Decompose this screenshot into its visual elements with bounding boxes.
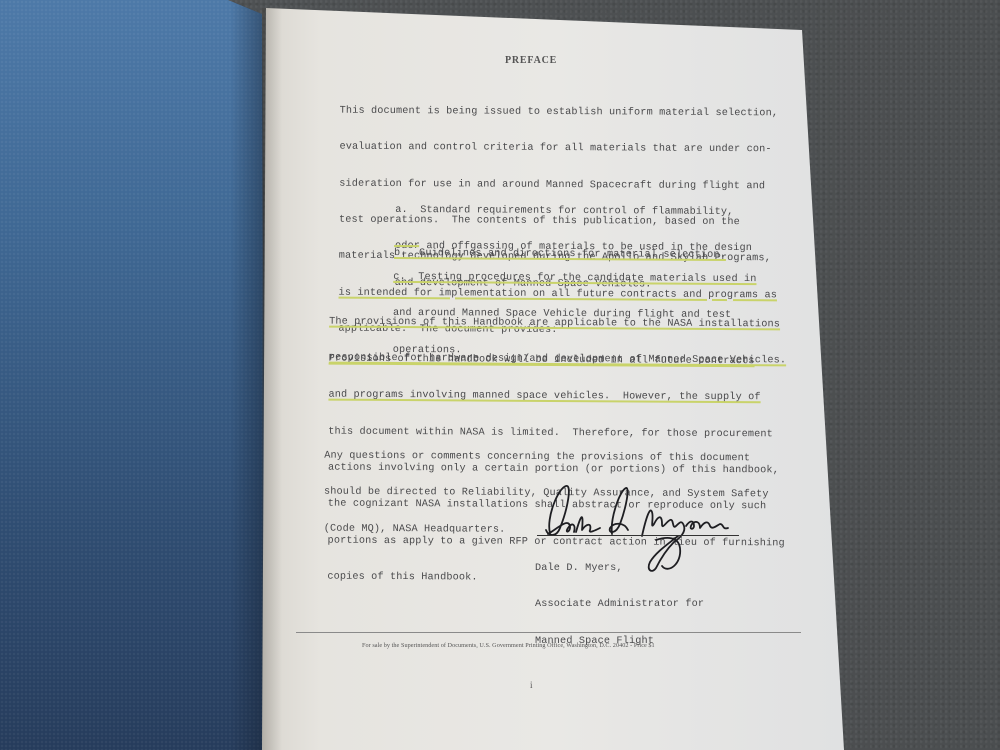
intro-line: This document is being issued to establi… — [340, 106, 779, 121]
signer-name: Dale D. Myers, — [535, 563, 704, 575]
signature-line — [537, 535, 739, 536]
list-item-line: a. Standard requirements for control of … — [395, 205, 752, 219]
questions-line: Any questions or comments concerning the… — [324, 451, 769, 466]
page-number: i — [530, 679, 533, 691]
handbook-line: and programs involving manned space vehi… — [328, 390, 785, 405]
handbook-line: Provisions of this handbook will be incl… — [329, 354, 786, 369]
footer-sale-note: For sale by the Superintendent of Docume… — [362, 640, 655, 652]
list-item-line: c. Testing procedures for the candidate … — [393, 272, 756, 286]
page-content: PREFACE This document is being issued to… — [0, 0, 1000, 750]
page-title: PREFACE — [505, 55, 557, 67]
signer-title: Associate Administrator for — [535, 599, 704, 611]
intro-line: evaluation and control criteria for all … — [339, 142, 778, 157]
footer-rule — [296, 632, 801, 633]
